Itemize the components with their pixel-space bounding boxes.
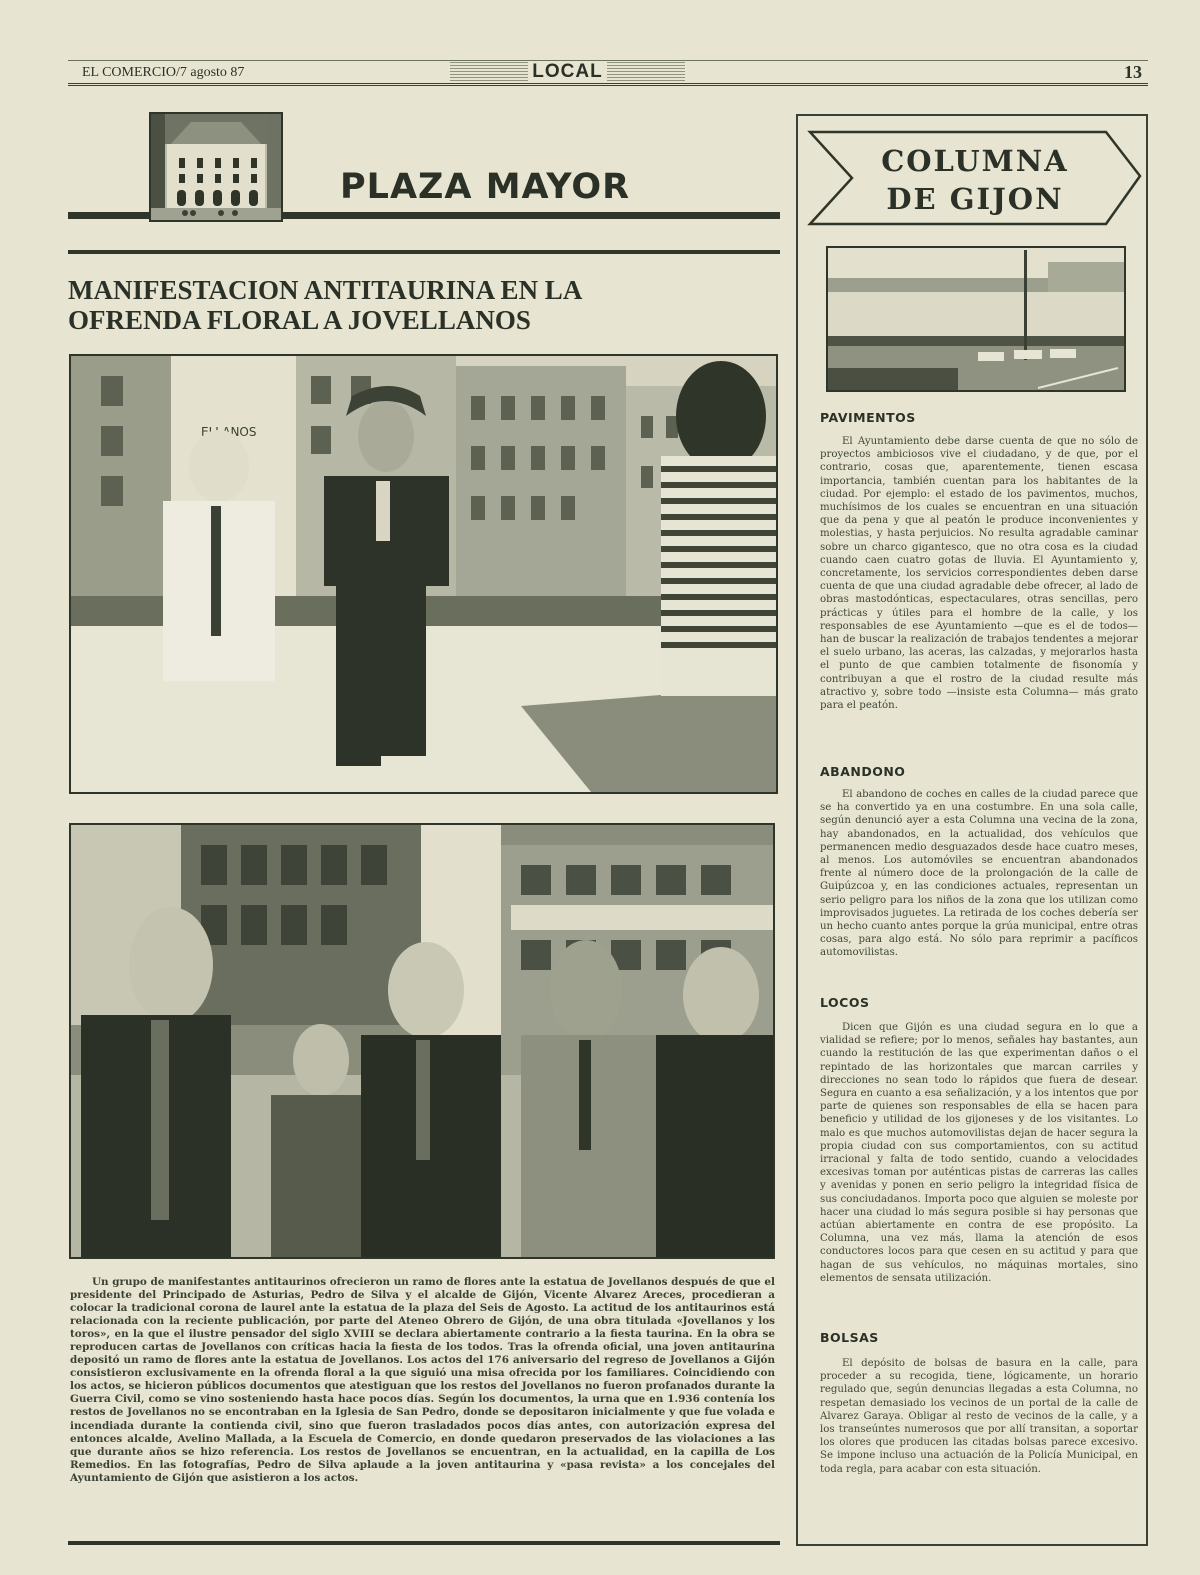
article-bottom-rule: [68, 1541, 780, 1545]
column-section-body-abandono: El abandono de coches en calles de la ci…: [820, 788, 1138, 960]
section-rule: [68, 250, 780, 254]
town-hall-building-image: [151, 114, 281, 220]
article-body: Un grupo de manifestantes antitaurinos o…: [70, 1276, 775, 1485]
column-section-body-pavimentos: El Ayuntamiento debe darse cuenta de que…: [820, 435, 1138, 712]
column-section-title-abandono: ABANDONO: [820, 764, 905, 779]
column-section-title-locos: LOCOS: [820, 995, 869, 1010]
photo-applause-scene: ELLANOS: [71, 356, 776, 792]
column-section-body-bolsas: El depósito de bolsas de basura en la ca…: [820, 1357, 1138, 1476]
town-hall-thumbnail: [149, 112, 283, 222]
running-head: EL COMERCIO/7 agosto 87 LOCAL 13: [68, 60, 1148, 86]
headline-line-2: OFRENDA FLORAL A JOVELLANOS: [68, 305, 768, 335]
publication-date: EL COMERCIO/7 agosto 87: [82, 65, 244, 81]
column-section-body-locos: Dicen que Gijón es una ciudad segura en …: [820, 1021, 1138, 1285]
photo-seafront: [828, 248, 1124, 390]
column-title: COLUMNA DE GIJON: [840, 142, 1110, 218]
page-number: 13: [1124, 62, 1142, 83]
article-photo-2: [69, 823, 775, 1259]
article-headline: MANIFESTACION ANTITAURINA EN LA OFRENDA …: [68, 275, 768, 335]
column-photo: [826, 246, 1126, 392]
column-title-line-1: COLUMNA: [840, 142, 1110, 180]
headline-line-1: MANIFESTACION ANTITAURINA EN LA: [68, 275, 768, 305]
column-title-line-2: DE GIJON: [840, 180, 1110, 218]
column-section-title-bolsas: BOLSAS: [820, 1330, 879, 1345]
column-section-title-pavimentos: PAVIMENTOS: [820, 410, 916, 425]
section-label: LOCAL: [450, 61, 685, 83]
section-title-plaza-mayor: PLAZA MAYOR: [340, 167, 630, 207]
article-photo-1: ELLANOS: [69, 354, 778, 794]
photo-concejales-scene: [71, 825, 773, 1257]
